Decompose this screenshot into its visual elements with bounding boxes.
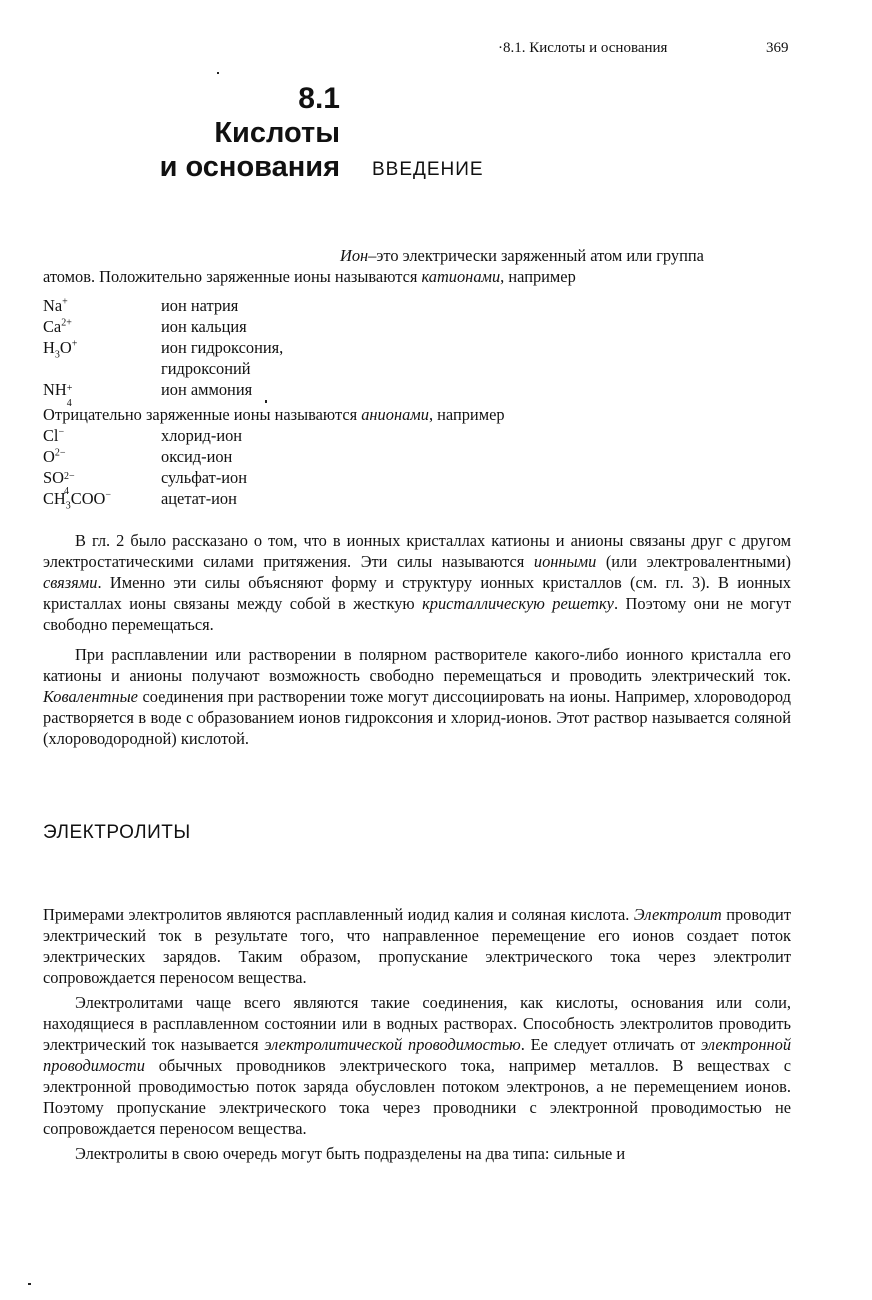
running-head: ·8.1. Кислоты и основания 369 [498,40,667,57]
ion-row: гидроксоний [43,358,283,379]
ion-name: ион аммония [161,379,252,400]
ion-row: SO2−4 сульфат-ион [43,467,247,488]
chapter-title-line2: и основания [110,150,340,184]
paragraph: В гл. 2 было рассказано о том, что в ион… [43,530,791,635]
anions-intro: Отрицательно заряженные ионы называются … [43,404,505,425]
ion-name: ион кальция [161,316,247,337]
paragraph: Электролитами чаще всего являются такие … [43,992,791,1139]
scan-speck [265,400,267,403]
ion-name: оксид-ион [161,446,232,467]
ion-name: ацетат-ион [161,488,237,509]
running-head-title: ·8.1. Кислоты и основания [498,40,667,57]
ion-row: NH+4 ион аммония [43,379,283,400]
scan-speck [28,1283,31,1285]
paragraph: При расплавлении или растворении в поляр… [43,644,791,749]
term-cations: катионами [422,267,501,286]
ion-formula: CH3COO− [43,488,161,509]
cations-sentence-end: , например [500,267,576,286]
subsection-heading-intro: ВВЕДЕНИЕ [372,159,484,181]
ion-row: Cl− хлорид-ион [43,425,247,446]
anions-list: Cl− хлорид-ион O2− оксид-ион SO2−4 сульф… [43,425,247,509]
ion-formula: Ca2+ [43,316,161,337]
ion-name: хлорид-ион [161,425,242,446]
definition-text: –это электрически заряженный атом или гр… [368,246,704,265]
ion-row: H3O+ ион гидроксония, [43,337,283,358]
ion-formula: Na+ [43,295,161,316]
ion-row: Na+ ион натрия [43,295,283,316]
scan-speck [217,72,219,74]
electrolytes-text: Примерами электролитов являются расплавл… [43,904,791,1164]
chapter-heading: 8.1 Кислоты и основания [110,82,340,184]
ion-formula: H3O+ [43,337,161,358]
section-heading-electrolytes: ЭЛЕКТРОЛИТЫ [43,822,191,844]
ion-formula: NH+4 [43,379,161,400]
ion-formula: Cl− [43,425,161,446]
ion-name: ион натрия [161,295,238,316]
ion-name-continued: гидроксоний [161,358,251,379]
term-anions: анионами [361,405,429,424]
ion-row: CH3COO− ацетат-ион [43,488,247,509]
page-number: 369 [766,40,789,57]
ion-name: сульфат-ион [161,467,247,488]
chapter-number: 8.1 [110,82,340,116]
term-ion: Ион [340,246,368,265]
paragraph: Примерами электролитов являются расплавл… [43,904,791,988]
chapter-title-line1: Кислоты [110,116,340,150]
ion-formula: SO2−4 [43,467,161,488]
ionic-crystals-text: В гл. 2 было рассказано о том, что в ион… [43,530,791,749]
cations-list: Na+ ион натрия Ca2+ ион кальция H3O+ ион… [43,295,283,400]
ion-row: O2− оксид-ион [43,446,247,467]
ion-row: Ca2+ ион кальция [43,316,283,337]
paragraph: Электролиты в свою очередь могут быть по… [43,1143,791,1164]
ion-name: ион гидроксония, [161,337,283,358]
cations-sentence: атомов. Положительно заряженные ионы наз… [43,267,422,286]
intro-definition: Ион–это электрически заряженный атом или… [43,245,791,287]
ion-formula: O2− [43,446,161,467]
